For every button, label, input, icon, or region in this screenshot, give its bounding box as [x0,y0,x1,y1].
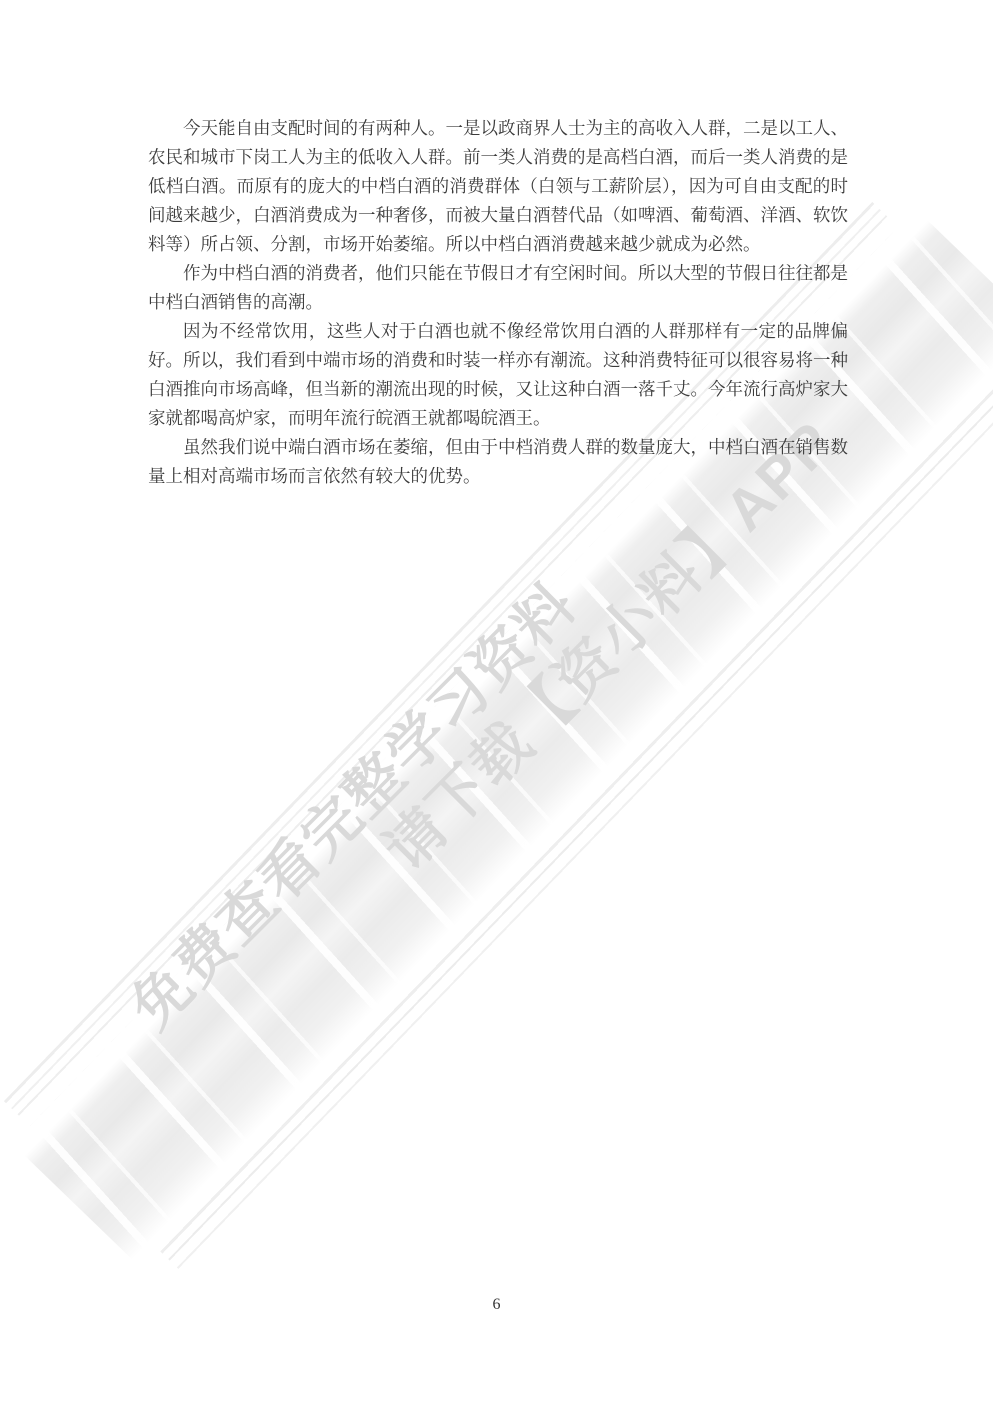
page-text-block: 今天能自由支配时间的有两种人。一是以政商界人士为主的高收入人群，二是以工人、农民… [148,114,848,491]
paragraph-3: 因为不经常饮用，这些人对于白酒也就不像经常饮用白酒的人群那样有一定的品牌偏好。所… [148,317,848,433]
watermark-line-1: 免费查看完整学习资料 [108,560,592,1044]
paragraph-2: 作为中档白酒的消费者，他们只能在节假日才有空闲时间。所以大型的节假日往往都是中档… [148,259,848,317]
page-number: 6 [0,1296,993,1314]
document-page: 免费查看完整学习资料 请下载【资小料】APP 今天能自由支配时间的有两种人。一是… [0,0,993,1404]
paragraph-1: 今天能自由支配时间的有两种人。一是以政商界人士为主的高收入人群，二是以工人、农民… [148,114,848,259]
paragraph-4: 虽然我们说中端白酒市场在萎缩，但由于中档消费人群的数量庞大，中档白酒在销售数量上… [148,433,848,491]
